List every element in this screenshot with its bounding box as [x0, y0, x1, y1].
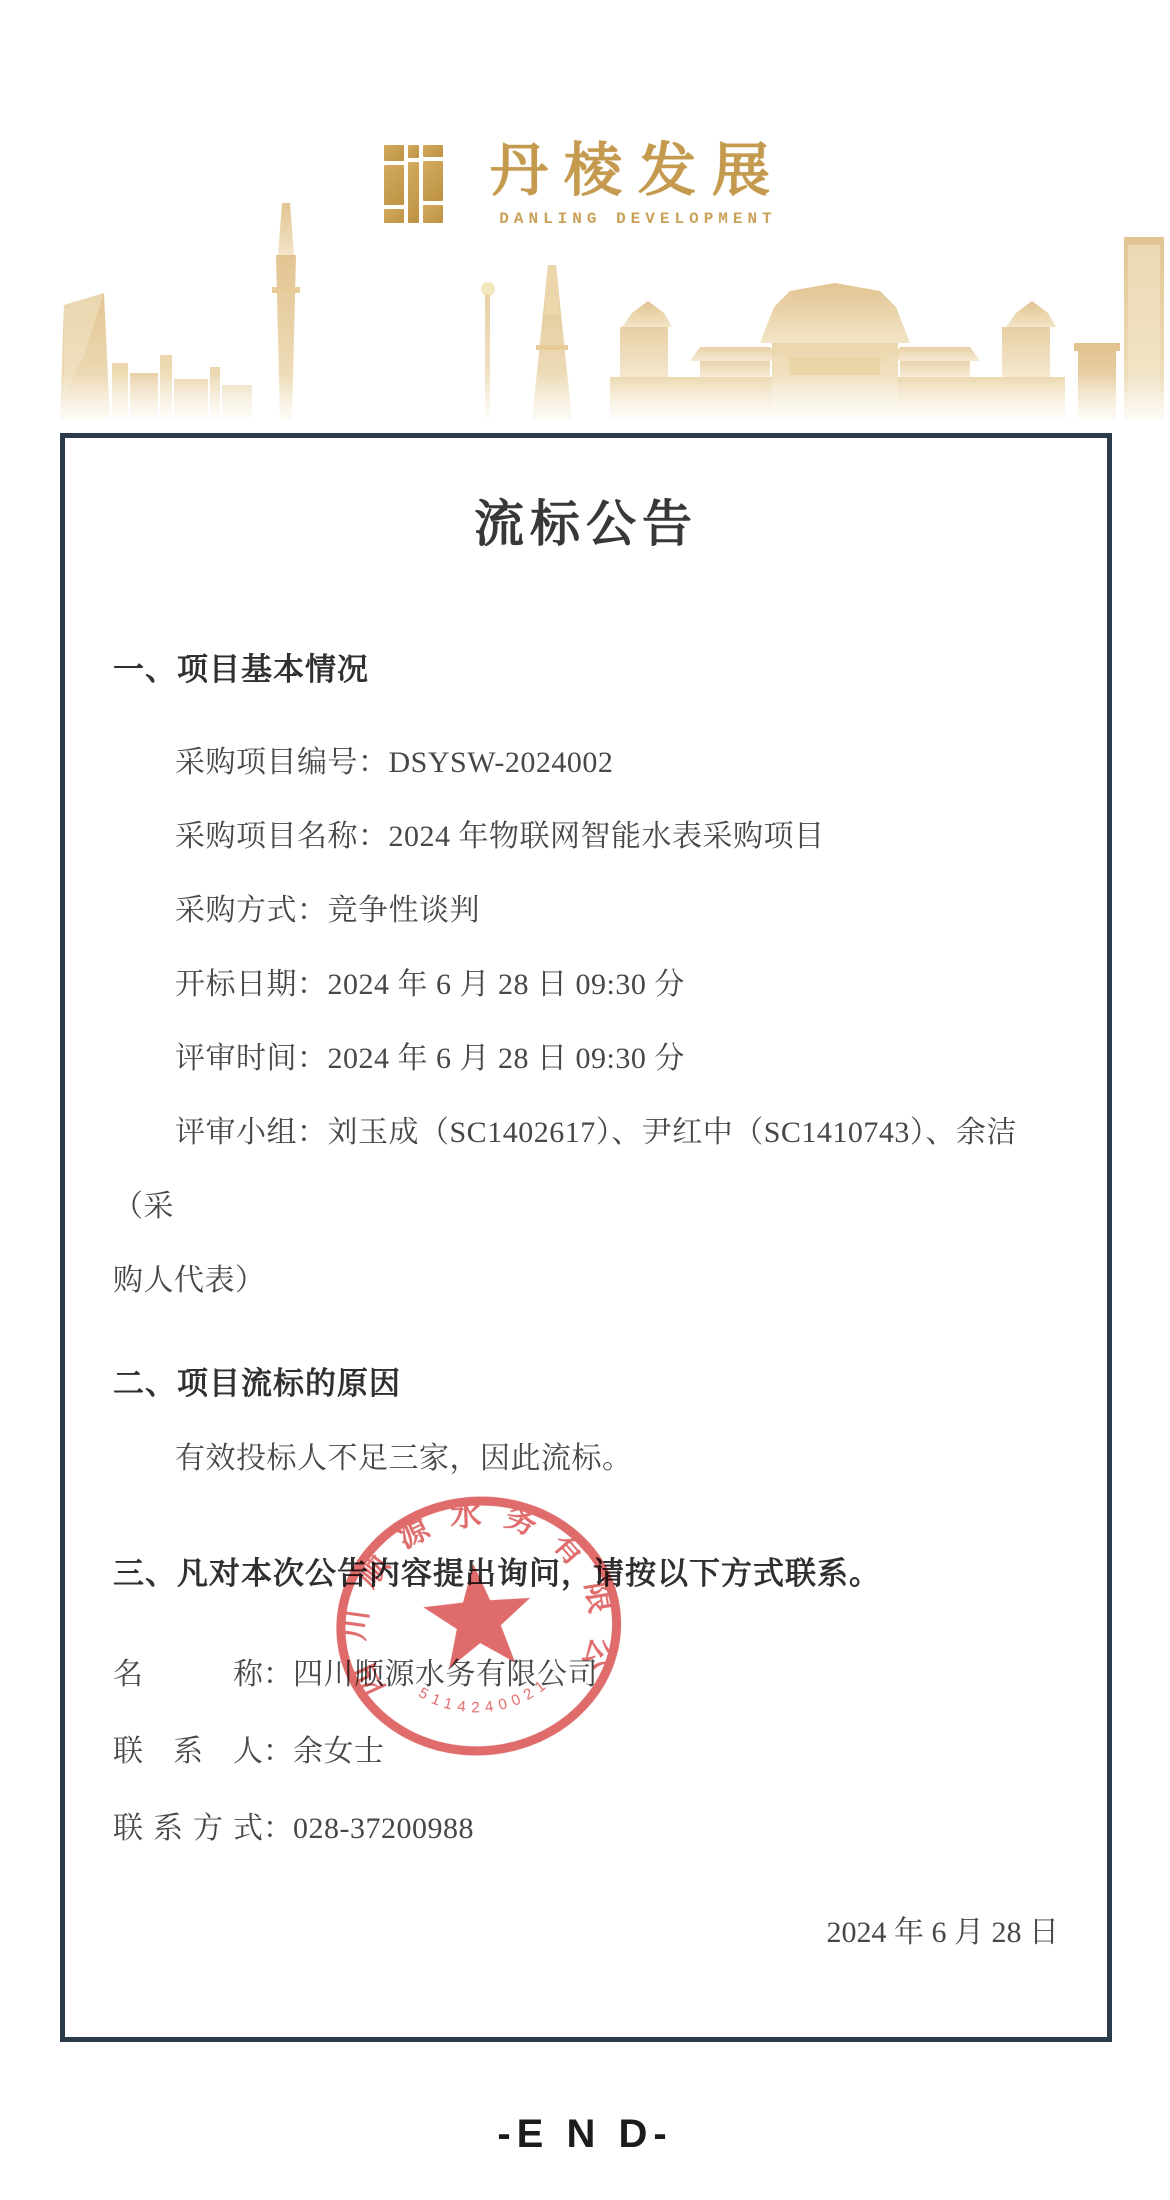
announcement-page: 丹棱发展 DANLING DEVELOPMENT: [0, 0, 1170, 2200]
announcement-date: 2024 年 6 月 28 日: [113, 1911, 1059, 1955]
evaluation-team-continuation: 购人代表）: [113, 1264, 266, 1297]
procurement-method-line: 采购方式：竞争性谈判: [113, 874, 1059, 948]
section1-heading: 一、项目基本情况: [113, 648, 1059, 692]
project-number-line: 采购项目编号：DSYSW-2024002: [113, 726, 1059, 800]
contact-name-value: 四川顺源水务有限公司: [293, 1658, 598, 1691]
contact-person-label: 联系人: [113, 1713, 263, 1790]
contact-phone-row: 联系方式：028-37200988: [113, 1790, 1059, 1867]
document-frame: 流标公告 一、项目基本情况 采购项目编号：DSYSW-2024002 采购项目名…: [60, 433, 1112, 2042]
evaluation-team-line: 评审小组：刘玉成（SC1402617）、尹红中（SC1410743）、余洁（采购…: [113, 1096, 1059, 1318]
skyline-illustration: [0, 195, 1170, 427]
contact-name-label: 名称: [113, 1636, 263, 1713]
document-title: 流标公告: [113, 492, 1059, 556]
project-name-line: 采购项目名称：2024 年物联网智能水表采购项目: [113, 800, 1059, 874]
contact-person-value: 余女士: [293, 1735, 385, 1768]
section3-heading: 三、凡对本次公告内容提出询问，请按以下方式联系。: [113, 1552, 1059, 1596]
section1-body: 采购项目编号：DSYSW-2024002 采购项目名称：2024 年物联网智能水…: [113, 726, 1059, 1318]
failure-reason-line: 有效投标人不足三家，因此流标。: [113, 1422, 1059, 1496]
section2-body: 有效投标人不足三家，因此流标。: [113, 1422, 1059, 1496]
bid-opening-date-line: 开标日期：2024 年 6 月 28 日 09:30 分: [113, 948, 1059, 1022]
review-time-line: 评审时间：2024 年 6 月 28 日 09:30 分: [113, 1022, 1059, 1096]
section2-heading: 二、项目流标的原因: [113, 1362, 1059, 1406]
brand-name-cn: 丹棱发展: [490, 140, 786, 202]
contact-person-row: 联系人：余女士: [113, 1713, 1059, 1790]
end-marker: -E N D-: [0, 2112, 1170, 2157]
contact-phone-label: 联系方式: [113, 1790, 263, 1867]
contact-phone-value: 028-37200988: [293, 1812, 474, 1845]
contact-name-row: 名称：四川顺源水务有限公司: [113, 1636, 1059, 1713]
contact-block: 名称：四川顺源水务有限公司 联系人：余女士 联系方式：028-37200988: [113, 1636, 1059, 1867]
